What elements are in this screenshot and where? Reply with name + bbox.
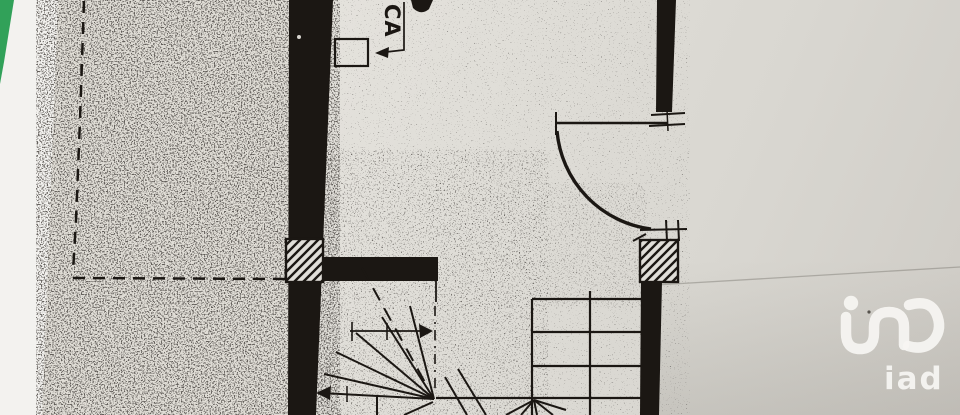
registered-speck <box>867 310 870 313</box>
speckle-medium-stair <box>430 185 642 305</box>
floor-plan-drawing: CA <box>0 0 960 415</box>
scan-speck <box>297 35 301 39</box>
iad-logo-i-dot <box>844 296 858 310</box>
pier-hatch-right <box>640 240 678 282</box>
iad-watermark-text: iad <box>884 361 944 397</box>
interior-wall-horizontal <box>322 257 438 281</box>
floor-plan-photo: CA <box>0 0 960 415</box>
wall-annotation-label: CA <box>380 4 404 38</box>
pier-hatch-left <box>286 239 323 282</box>
lower-right-wall <box>640 282 662 415</box>
